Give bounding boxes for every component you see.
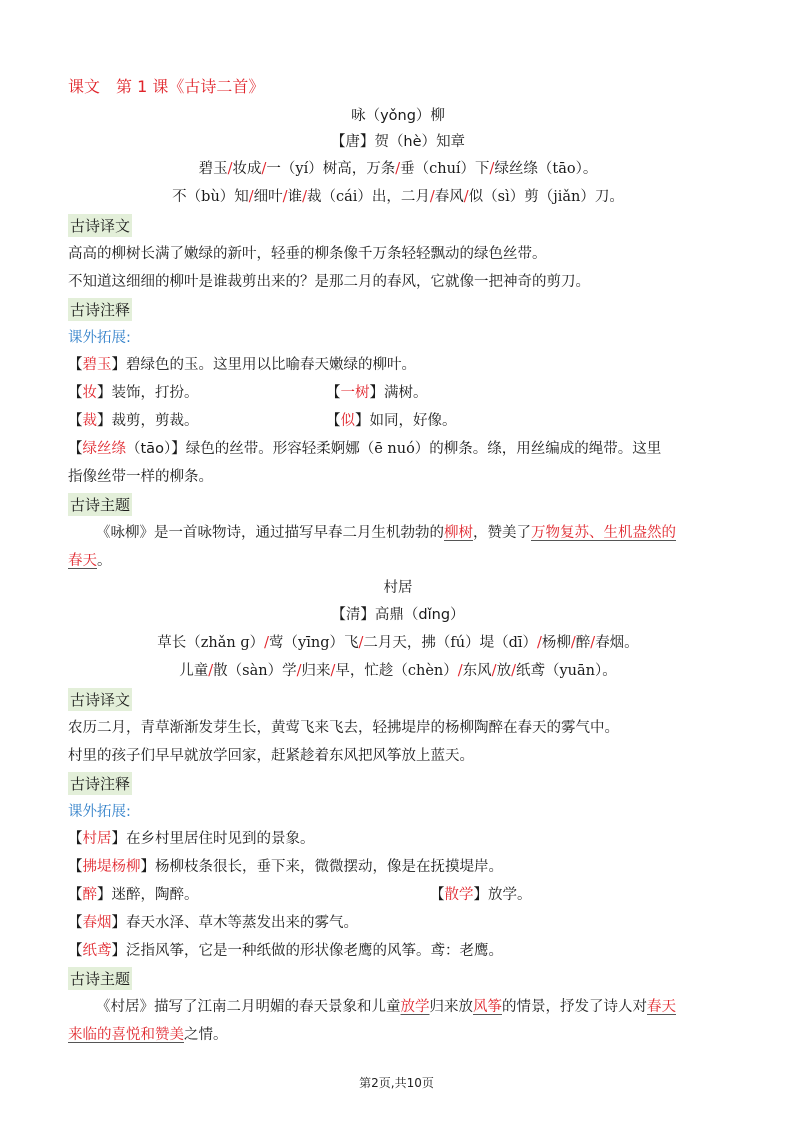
poem2-title: 村居 [68,576,728,597]
poem1-author: 【唐】贺（hè）知章 [68,130,728,151]
poem2-theme-line-1: 《村居》描写了江南二月明媚的春天景象和儿童放学归来放风筝的情景，抒发了诗人对春天 [96,995,676,1016]
poem1-line-2: 不（bù）知/细叶/谁/裁（cái）出，二月/春风/似（sì）剪（jiǎn）刀。 [68,185,728,206]
poem1-title: 咏（yǒng）柳 [68,104,728,125]
poem1-note-lvsitao-cont: 指像丝带一样的柳条。 [68,465,213,486]
poem1-translation-line-2: 不知道这细细的柳叶是谁裁剪出来的？是那二月的春风，它就像一把神奇的剪刀。 [68,270,590,291]
poem2-author: 【清】高鼎（dǐng） [68,603,728,624]
poem2-translation-line-2: 村里的孩子们早早就放学回家，赶紧趁着东风把风筝放上蓝天。 [68,744,474,765]
poem1-note-si: 【似】如同，好像。 [326,409,457,430]
poem2-note-chunyan: 【春烟】春天水泽、草木等蒸发出来的雾气。 [68,911,358,932]
poem1-note-biyu: 【碧玉】碧绿色的玉。这里用以比喻春天嫩绿的柳叶。 [68,353,416,374]
poem2-extension-label: 课外拓展: [68,800,131,821]
poem2-line-2: 儿童/散（sàn）学/归来/早，忙趁（chèn）/东风/放/纸鸢（yuān）。 [68,659,728,680]
poem2-note-fudiyangliu: 【拂堤杨柳】杨柳枝条很长，垂下来，微微摆动，像是在抚摸堤岸。 [68,855,503,876]
poem1-note-zhuang: 【妆】装饰，打扮。 [68,381,199,402]
poem2-translation-line-1: 农历二月，青草渐渐发芽生长，黄莺飞来飞去，轻拂堤岸的杨柳陶醉在春天的雾气中。 [68,716,619,737]
poem2-line-1: 草长（zhǎn ɡ）/莺（yīng）飞/二月天，拂（fú）堤（dī）/杨柳/醉/… [68,631,728,652]
poem2-note-sanxue: 【散学】放学。 [430,883,532,904]
poem1-note-yishu: 【一树】满树。 [326,381,428,402]
poem2-note-zhiyuan: 【纸鸢】泛指风筝，它是一种纸做的形状像老鹰的风筝。鸢：老鹰。 [68,939,503,960]
lesson-title: 课文 第 1 课《古诗二首》 [68,74,264,97]
poem1-note-cai: 【裁】裁剪，剪裁。 [68,409,199,430]
page-footer: 第2页,共10页 [0,1074,793,1091]
poem1-theme-heading: 古诗主题 [68,493,132,516]
poem1-note-lvsitao: 【绿丝绦（tāo）】绿色的丝带。形容轻柔婀娜（ē nuó）的柳条。绦，用丝编成的… [68,437,661,458]
poem2-note-zui: 【醉】迷醉，陶醉。 [68,883,199,904]
poem1-theme-line-2: 春天。 [68,549,112,570]
poem1-notes-heading: 古诗注释 [68,298,132,321]
poem2-note-cunju: 【村居】在乡村里居住时见到的景象。 [68,827,315,848]
poem1-theme-line-1: 《咏柳》是一首咏物诗，通过描写早春二月生机勃勃的柳树，赞美了万物复苏、生机盎然的 [96,521,676,542]
poem1-extension-label: 课外拓展: [68,326,131,347]
poem1-translation-line-1: 高高的柳树长满了嫩绿的新叶，轻垂的柳条像千万条轻轻飘动的绿色丝带。 [68,242,547,263]
poem2-theme-line-2: 来临的喜悦和赞美之情。 [68,1023,228,1044]
poem1-line-1: 碧玉/妆成/一（yí）树高，万条/垂（chuí）下/绿丝绦（tāo）。 [68,157,728,178]
poem1-translation-heading: 古诗译文 [68,214,132,237]
poem2-translation-heading: 古诗译文 [68,688,132,711]
poem2-notes-heading: 古诗注释 [68,772,132,795]
poem2-theme-heading: 古诗主题 [68,967,132,990]
